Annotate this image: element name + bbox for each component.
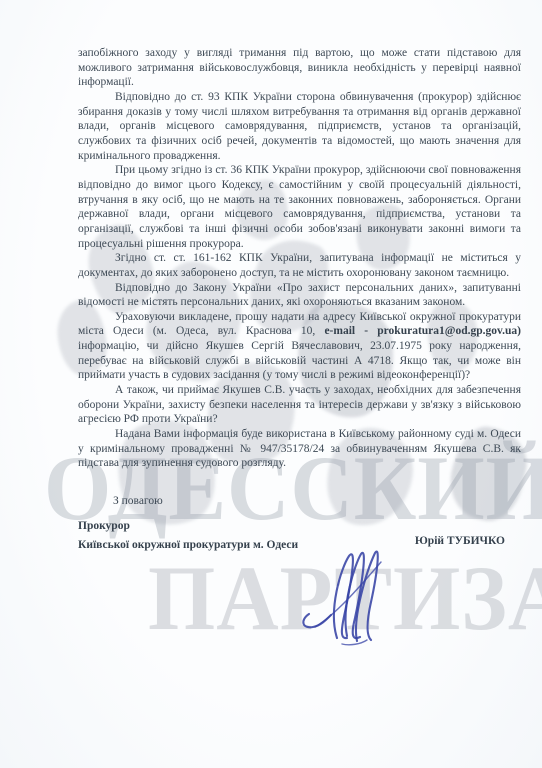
signatory-role: Прокурор Київської окружної прокуратури …: [78, 517, 298, 555]
paragraph-5: Відповідно до Закону України «Про захист…: [78, 281, 521, 310]
paragraph-4: Згідно ст. ст. 161-162 КПК України, запи…: [78, 251, 521, 280]
document-page: ОДЕССКИЙ ПАРТИЗАН запобіжного заходу у в…: [0, 0, 542, 768]
paragraph-3: При цьому згідно із ст. 36 КПК України п…: [78, 163, 521, 251]
signatory-role-line1: Прокурор: [78, 517, 298, 536]
paragraph-6-text: інформацію, чи дійсно Якушев Сергій Вяче…: [78, 340, 521, 381]
letter-body: запобіжного заходу у вигляді тримання пі…: [78, 46, 521, 555]
paragraph-7: А також, чи приймає Якушев С.В. участь у…: [78, 383, 521, 427]
paragraph-8: Надана Вами інформація буде використана …: [78, 427, 521, 471]
handwritten-signature-icon: [295, 540, 399, 652]
signatory-role-line2: Київської окружної прокуратури м. Одеси: [78, 536, 298, 555]
paragraph-2: Відповідно до ст. 93 КПК України сторона…: [78, 90, 521, 163]
email-address: e-mail - prokuratura1@od.gp.gov.ua): [324, 325, 521, 337]
signatory-name: Юрій ТУБИЧКО: [415, 517, 505, 549]
paragraph-1: запобіжного заходу у вигляді тримання пі…: [78, 46, 521, 90]
closing-salutation: З повагою: [113, 494, 521, 509]
paragraph-6: Ураховуючи викладене, прошу надати на ад…: [78, 310, 521, 383]
